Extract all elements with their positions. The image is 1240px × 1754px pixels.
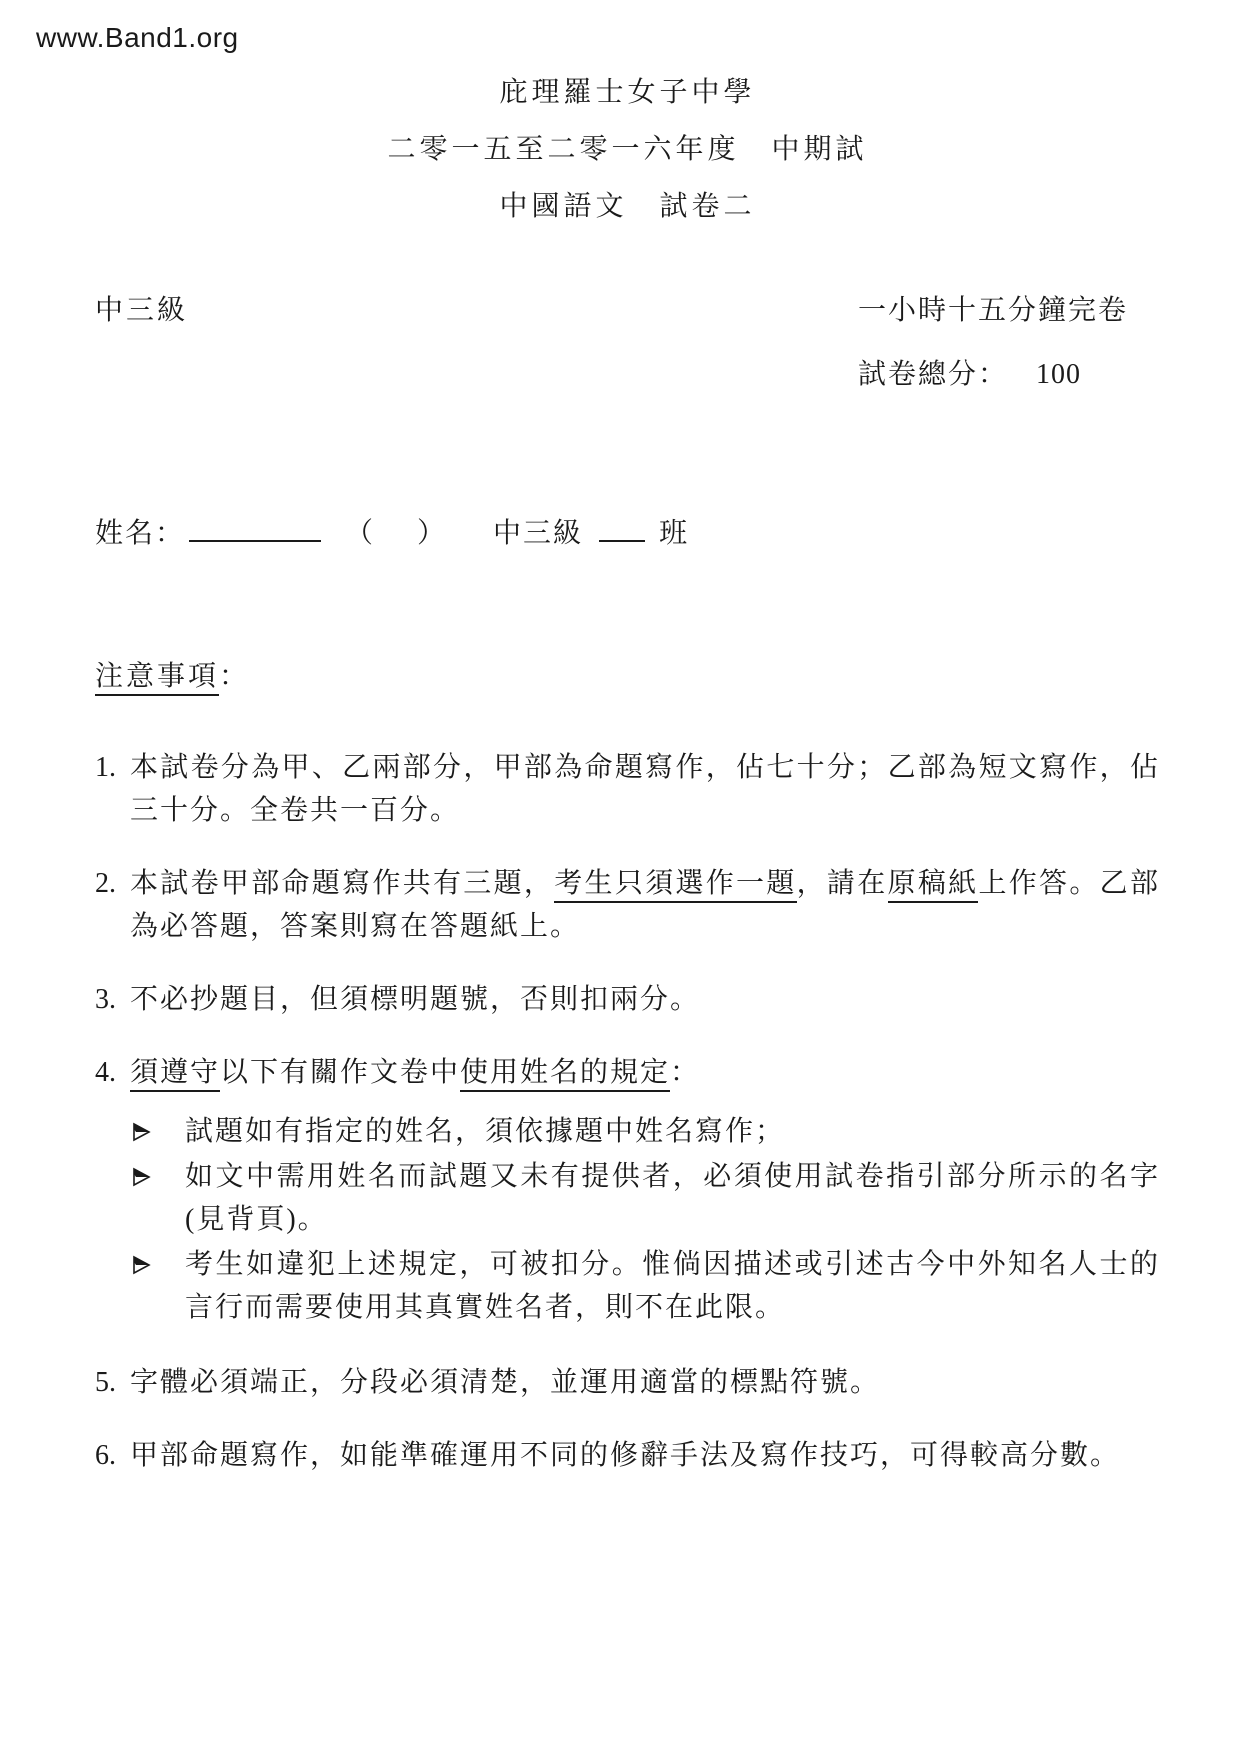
exam-paper-page: www.Band1.org 庇理羅士女子中學 二零一五至二零一六年度 中期試 中… <box>0 0 1240 1754</box>
text-run: 試題如有指定的姓名，須依據題中姓名寫作； <box>185 1116 785 1147</box>
school-name: 庇理羅士女子中學 <box>95 64 1160 121</box>
duration-note: 一小時十五分鐘完卷 <box>858 288 1128 328</box>
note-item-number: 2. <box>95 862 130 948</box>
underlined-text: 考生只須選作一題 <box>554 868 796 903</box>
text-run: 以下有關作文卷中 <box>220 1057 460 1088</box>
note-item-number: 5. <box>95 1361 130 1404</box>
total-marks-label: 試卷總分： <box>858 359 1008 390</box>
text-run: 考生如違犯上述規定，可被扣分。惟倘因描述或引述古今中外知名人士的言行而需要使用其… <box>185 1249 1160 1323</box>
note-item-text: 甲部命題寫作，如能準確運用不同的修辭手法及寫作技巧，可得較高分數。 <box>130 1434 1160 1477</box>
note-item: 4. 須遵守以下有關作文卷中使用姓名的規定： 試題如有指定的姓名，須依據題中姓名… <box>95 1051 1160 1331</box>
notes-heading: 注意事項： <box>95 654 250 694</box>
student-number-paren-open: （ <box>345 518 375 549</box>
note-item-number: 1. <box>95 746 130 832</box>
paper-title: 中國語文 試卷二 <box>95 178 1160 235</box>
note-item: 3. 不必抄題目，但須標明題號，否則扣兩分。 <box>95 978 1160 1021</box>
arrowhead-right-icon <box>130 1243 185 1329</box>
note-item-text: 須遵守以下有關作文卷中使用姓名的規定： <box>130 1051 1160 1094</box>
class-level-label: 中三級 <box>493 518 583 549</box>
class-blank-field[interactable] <box>599 510 645 542</box>
bullet-item-text: 考生如違犯上述規定，可被扣分。惟倘因描述或引述古今中外知名人士的言行而需要使用其… <box>185 1243 1160 1329</box>
note-item-text: 字體必須端正，分段必須清楚，並運用適當的標點符號。 <box>130 1361 1160 1404</box>
watermark: www.Band1.org <box>36 22 239 54</box>
bullet-item: 考生如違犯上述規定，可被扣分。惟倘因描述或引述古今中外知名人士的言行而需要使用其… <box>130 1243 1160 1329</box>
name-blank-field[interactable] <box>189 510 321 542</box>
bullet-item: 試題如有指定的姓名，須依據題中姓名寫作； <box>130 1110 1160 1153</box>
text-run: 如文中需用姓名而試題又未有提供者，必須使用試卷指引部分所示的名字(見背頁)。 <box>185 1161 1160 1235</box>
text-run: 本試卷甲部命題寫作共有三題， <box>130 868 554 899</box>
text-run: 字體必須端正，分段必須清楚，並運用適當的標點符號。 <box>130 1367 880 1398</box>
underlined-text: 須遵守 <box>130 1057 220 1092</box>
exam-session: 二零一五至二零一六年度 中期試 <box>95 121 1160 178</box>
note-item-text: 本試卷甲部命題寫作共有三題，考生只須選作一題，請在原稿紙上作答。乙部為必答題，答… <box>130 862 1160 948</box>
note-item: 1. 本試卷分為甲、乙兩部分，甲部為命題寫作，佔七十分；乙部為短文寫作，佔三十分… <box>95 746 1160 832</box>
notes-heading-text: 注意事項 <box>95 661 219 696</box>
notes-heading-colon: ： <box>219 661 250 692</box>
note-item-number: 4. <box>95 1051 130 1331</box>
name-label: 姓名： <box>95 518 185 549</box>
bullet-item-text: 試題如有指定的姓名，須依據題中姓名寫作； <box>185 1110 1160 1153</box>
note-item-text: 不必抄題目，但須標明題號，否則扣兩分。 <box>130 978 1160 1021</box>
bullet-item: 如文中需用姓名而試題又未有提供者，必須使用試卷指引部分所示的名字(見背頁)。 <box>130 1155 1160 1241</box>
bullet-item-text: 如文中需用姓名而試題又未有提供者，必須使用試卷指引部分所示的名字(見背頁)。 <box>185 1155 1160 1241</box>
underlined-text: 使用姓名的規定 <box>460 1057 670 1092</box>
total-marks-value: 100 <box>1036 359 1081 390</box>
text-run: ，請在 <box>797 868 888 899</box>
total-marks: 試卷總分：100 <box>858 352 1081 392</box>
note-item-bullets: 試題如有指定的姓名，須依據題中姓名寫作； 如文中需用姓名而試題又未有提供者，必須… <box>130 1110 1160 1329</box>
text-run: 不必抄題目，但須標明題號，否則扣兩分。 <box>130 984 700 1015</box>
text-run: 甲部命題寫作，如能準確運用不同的修辭手法及寫作技巧，可得較高分數。 <box>130 1440 1120 1471</box>
note-item-number: 6. <box>95 1434 130 1477</box>
class-suffix-label: 班 <box>659 518 689 549</box>
note-item-text: 本試卷分為甲、乙兩部分，甲部為命題寫作，佔七十分；乙部為短文寫作，佔三十分。全卷… <box>130 746 1160 832</box>
notes-list: 1. 本試卷分為甲、乙兩部分，甲部為命題寫作，佔七十分；乙部為短文寫作，佔三十分… <box>95 746 1160 1507</box>
underlined-text: 原稿紙 <box>888 868 979 903</box>
note-item: 5. 字體必須端正，分段必須清楚，並運用適當的標點符號。 <box>95 1361 1160 1404</box>
text-run: ： <box>670 1057 700 1088</box>
header: 庇理羅士女子中學 二零一五至二零一六年度 中期試 中國語文 試卷二 <box>95 64 1160 235</box>
note-item: 6. 甲部命題寫作，如能準確運用不同的修辭手法及寫作技巧，可得較高分數。 <box>95 1434 1160 1477</box>
form-level: 中三級 <box>95 288 188 328</box>
note-item-number: 3. <box>95 978 130 1021</box>
arrowhead-right-icon <box>130 1110 185 1153</box>
note-item: 2. 本試卷甲部命題寫作共有三題，考生只須選作一題，請在原稿紙上作答。乙部為必答… <box>95 862 1160 948</box>
text-run: 本試卷分為甲、乙兩部分，甲部為命題寫作，佔七十分；乙部為短文寫作，佔三十分。全卷… <box>130 752 1160 826</box>
name-line: 姓名：（）中三級班 <box>95 510 689 551</box>
arrowhead-right-icon <box>130 1155 185 1241</box>
student-number-paren-close: ） <box>417 518 447 549</box>
